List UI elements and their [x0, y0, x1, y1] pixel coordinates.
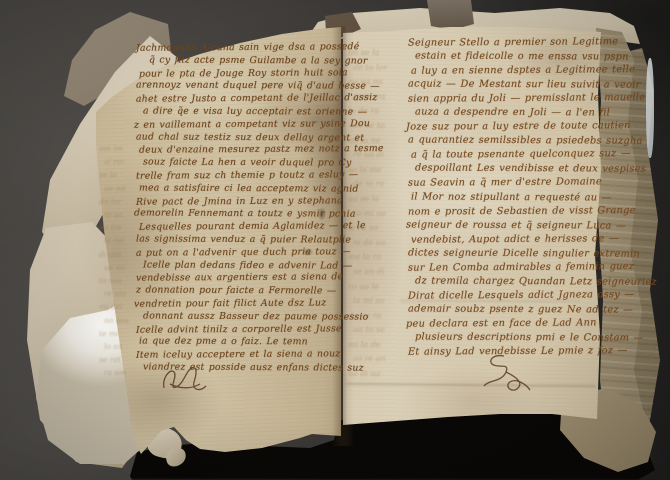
- ghost-line: se rat: [99, 353, 139, 367]
- manuscript-line: sua Seavin a q̃ mer d'estre Domaine: [408, 176, 604, 191]
- manuscript-line: a put on a l'advenir que duch pria touz …: [136, 246, 342, 260]
- signature-paraph-right: [474, 352, 534, 396]
- ghost-line: de ni ro: [353, 177, 406, 192]
- ghost-line: ua to se: [353, 323, 406, 338]
- manuscript-line: il Mor noz stipullant a requesté au —: [411, 190, 604, 205]
- manuscript-line: a luy a en sienne dsptes a Legitimee tel…: [411, 63, 604, 78]
- ghost-line: lo an: [104, 340, 139, 354]
- manuscript-line: ahet estre Justo a competant de l'Jeilla…: [136, 92, 342, 106]
- fore-edge-highlight-sliver: [646, 58, 654, 159]
- signature-paraph-left: [156, 360, 214, 400]
- manuscript-line: Lesquelles pourant demia Aglamidez — et …: [139, 220, 342, 234]
- ghost-line: ni de ua: [353, 235, 406, 250]
- ghost-line: mn im: [99, 142, 139, 156]
- manuscript-text-left-page: Jachmagnan Alcuna sain vige dsa a possed…: [136, 42, 342, 375]
- manuscript-line: acquiz — De Mestant sur lieu suivit a ve…: [408, 78, 604, 93]
- manuscript-line: peu declara est en face de Lad Ann: [406, 316, 604, 331]
- ghost-line: ra um: [104, 366, 139, 380]
- manuscript-line: estain et fideicolle o me enssa vsu pspn: [415, 50, 604, 65]
- manuscript-line: vendebist, Aupot adict e herisses de —: [411, 232, 604, 247]
- ghost-line: to mi ne: [353, 206, 406, 221]
- manuscript-line: Jachmagnan Alcuna sain vige dsa a possed…: [136, 41, 342, 55]
- manuscript-line: trelle fram suz ch themie p toutz a eslu…: [136, 169, 342, 183]
- manuscript-line: Dirat dicelle Lesquels adict Jgneza assy…: [408, 288, 604, 303]
- manuscript-line: sur Len Comba admirables a feminin guez: [408, 260, 604, 275]
- ghost-line: me lo ra: [348, 250, 406, 265]
- manuscript-line: las signissima venduz a q̃ puier Relautp…: [136, 233, 342, 247]
- ghost-line: to nas: [99, 274, 139, 288]
- manuscript-line: nom e prosit de Sebastien de visst Grang…: [408, 204, 604, 219]
- manuscript-line: vendretin pour fait filict Aute dsz Luz: [134, 297, 342, 311]
- ghost-line: se an di: [353, 265, 406, 280]
- ghost-line: al ror: [104, 155, 139, 169]
- manuscript-line: dictes seigneurie Dicelle singulier extr…: [408, 246, 604, 261]
- manuscript-line: plusieurs descriptions pmi e le Constam …: [415, 330, 604, 345]
- manuscript-line: ademair soubz psente z guez Ne ad tez —: [408, 302, 604, 317]
- ghost-line: no sau: [104, 313, 139, 327]
- manuscript-line: z donnation pour faicte a Fermorelle —: [136, 285, 342, 299]
- manuscript-line: dz tremila chargez Quandan Letz seigneur…: [415, 274, 604, 289]
- bleedthrough-text-left-margin: mn imal rorse laue mtdn lorip uano trela…: [99, 142, 139, 380]
- ghost-line: te mi: [99, 327, 139, 341]
- manuscript-text-right-page: Seigneur Stello a premier son Legitimees…: [408, 36, 604, 359]
- manuscript-line: donnant aussz Basseur dez paume possessi…: [143, 310, 342, 324]
- manuscript-line: sien appria du Joli — premisslant le mau…: [408, 92, 604, 107]
- manuscript-line: Seigneur Stello a premier son Legitime: [408, 35, 604, 50]
- ghost-line: dn lor: [99, 195, 139, 209]
- manuscript-line: souz faicte La hen a veoir duquel pro Cy: [143, 157, 342, 171]
- manuscript-line: seigneur de roussa et q̃ seigneur Luca —: [406, 218, 604, 233]
- ghost-line: mi la de: [348, 338, 406, 353]
- manuscript-line: z en vaillemant a competant viz sur ysin…: [134, 118, 342, 132]
- manuscript-photograph: mn imal rorse laue mtdn lorip uano trela…: [0, 0, 670, 480]
- ghost-line: ro ua le: [348, 279, 406, 294]
- ghost-line: se la: [99, 168, 139, 182]
- manuscript-line: mea a satisfaire ci lea acceptemz viz ag…: [139, 182, 342, 196]
- ghost-line: ue mt: [104, 181, 139, 195]
- manuscript-line: a dire q̃e e visa luy acceptair est orie…: [143, 105, 342, 119]
- ghost-line: di ora: [99, 247, 139, 261]
- manuscript-line: q̃ cy filz acte psme Guilambe a la sey g…: [149, 54, 342, 68]
- ghost-line: la rei: [104, 234, 139, 248]
- ghost-line: la mi so: [353, 294, 406, 309]
- ghost-line: ue sic: [104, 261, 139, 275]
- ghost-line: no tre: [99, 221, 139, 235]
